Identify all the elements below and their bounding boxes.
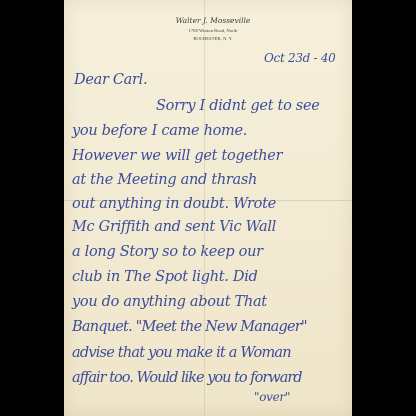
letterhead-name: Walter J. Mosseville — [74, 16, 352, 25]
letterhead-city: ROCHESTER, N. Y. — [74, 36, 352, 41]
letter-line: club in The Spot light. Did — [72, 269, 258, 285]
letter-line: you do anything about That — [72, 294, 267, 310]
letter-line-over: "over" — [254, 390, 290, 404]
letter-line: advise that you make it a Woman — [72, 345, 291, 361]
letter-line: Sorry I didnt get to see — [156, 98, 320, 114]
salutation: Dear Carl. — [74, 72, 147, 88]
letter-line: out anything in doubt. Wrote — [72, 196, 276, 212]
letter-line: affair too. Would like you to forward — [72, 370, 302, 386]
letter-line: Banquet. "Meet the New Manager" — [72, 319, 307, 335]
letter-paper: Walter J. Mosseville 1708 Winton Road, N… — [64, 0, 352, 416]
letter-date: Oct 23d - 40 — [264, 51, 336, 65]
letterhead: Walter J. Mosseville 1708 Winton Road, N… — [64, 16, 352, 41]
letterhead-address: 1708 Winton Road, North — [74, 28, 352, 33]
letter-line: Mc Griffith and sent Vic Wall — [72, 219, 276, 235]
letter-line: a long Story so to keep our — [72, 244, 263, 260]
letter-line: at the Meeting and thrash — [72, 172, 257, 188]
letter-line: you before I came home. — [72, 123, 247, 139]
letter-line: However we will get together — [72, 148, 282, 164]
